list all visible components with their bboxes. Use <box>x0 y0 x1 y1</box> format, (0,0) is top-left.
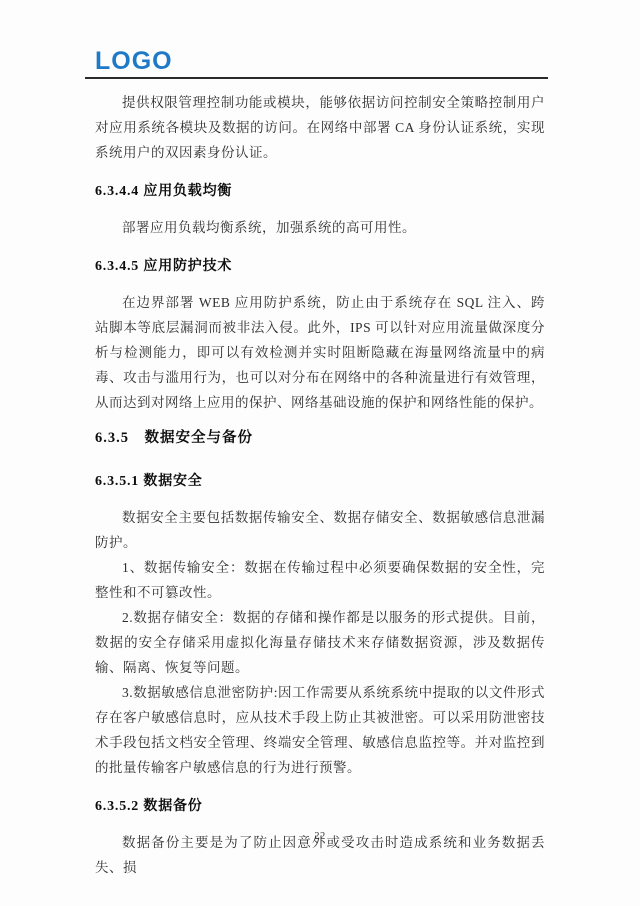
heading-6-3-5-1-data-security: 6.3.5.1 数据安全 <box>95 472 545 492</box>
document-page: LOGO 提供权限管理控制功能或模块，能够依据访问控制安全策略控制用户对应用系统… <box>0 0 640 906</box>
heading-6-3-4-4-app-load-balancing: 6.3.4.4 应用负载均衡 <box>95 182 545 202</box>
paragraph-item-1-transmission-security: 1、数据传输安全：数据在传输过程中必须要确保数据的安全性，完整性和不可篡改性。 <box>95 555 545 605</box>
page-content-area: LOGO 提供权限管理控制功能或模块，能够依据访问控制安全策略控制用户对应用系统… <box>0 0 640 880</box>
paragraph-item-2-storage-security: 2.数据存储安全：数据的存储和操作都是以服务的形式提供。目前，数据的安全存储采用… <box>95 605 545 680</box>
document-body: 提供权限管理控制功能或模块，能够依据访问控制安全策略控制用户对应用系统各模块及数… <box>95 90 545 880</box>
logo: LOGO <box>95 50 545 72</box>
header-divider <box>85 77 548 79</box>
heading-6-3-5-data-security-backup: 6.3.5 数据安全与备份 <box>95 428 545 448</box>
paragraph-access-control: 提供权限管理控制功能或模块，能够依据访问控制安全策略控制用户对应用系统各模块及数… <box>95 90 545 165</box>
paragraph-data-security-overview: 数据安全主要包括数据传输安全、数据存储安全、数据敏感信息泄漏防护。 <box>95 505 545 555</box>
paragraph-load-balancing: 部署应用负载均衡系统，加强系统的高可用性。 <box>95 215 545 240</box>
heading-6-3-4-5-app-protection: 6.3.4.5 应用防护技术 <box>95 257 545 277</box>
paragraph-web-protection: 在边界部署 WEB 应用防护系统，防止由于系统存在 SQL 注入、跨站脚本等底层… <box>95 290 545 415</box>
page-number: 22 <box>0 831 640 842</box>
heading-6-3-5-2-data-backup: 6.3.5.2 数据备份 <box>95 797 545 817</box>
page-header: LOGO <box>95 50 545 79</box>
paragraph-item-3-leak-prevention: 3.数据敏感信息泄密防护:因工作需要从系统系统中提取的以文件形式存在客户敏感信息… <box>95 680 545 780</box>
